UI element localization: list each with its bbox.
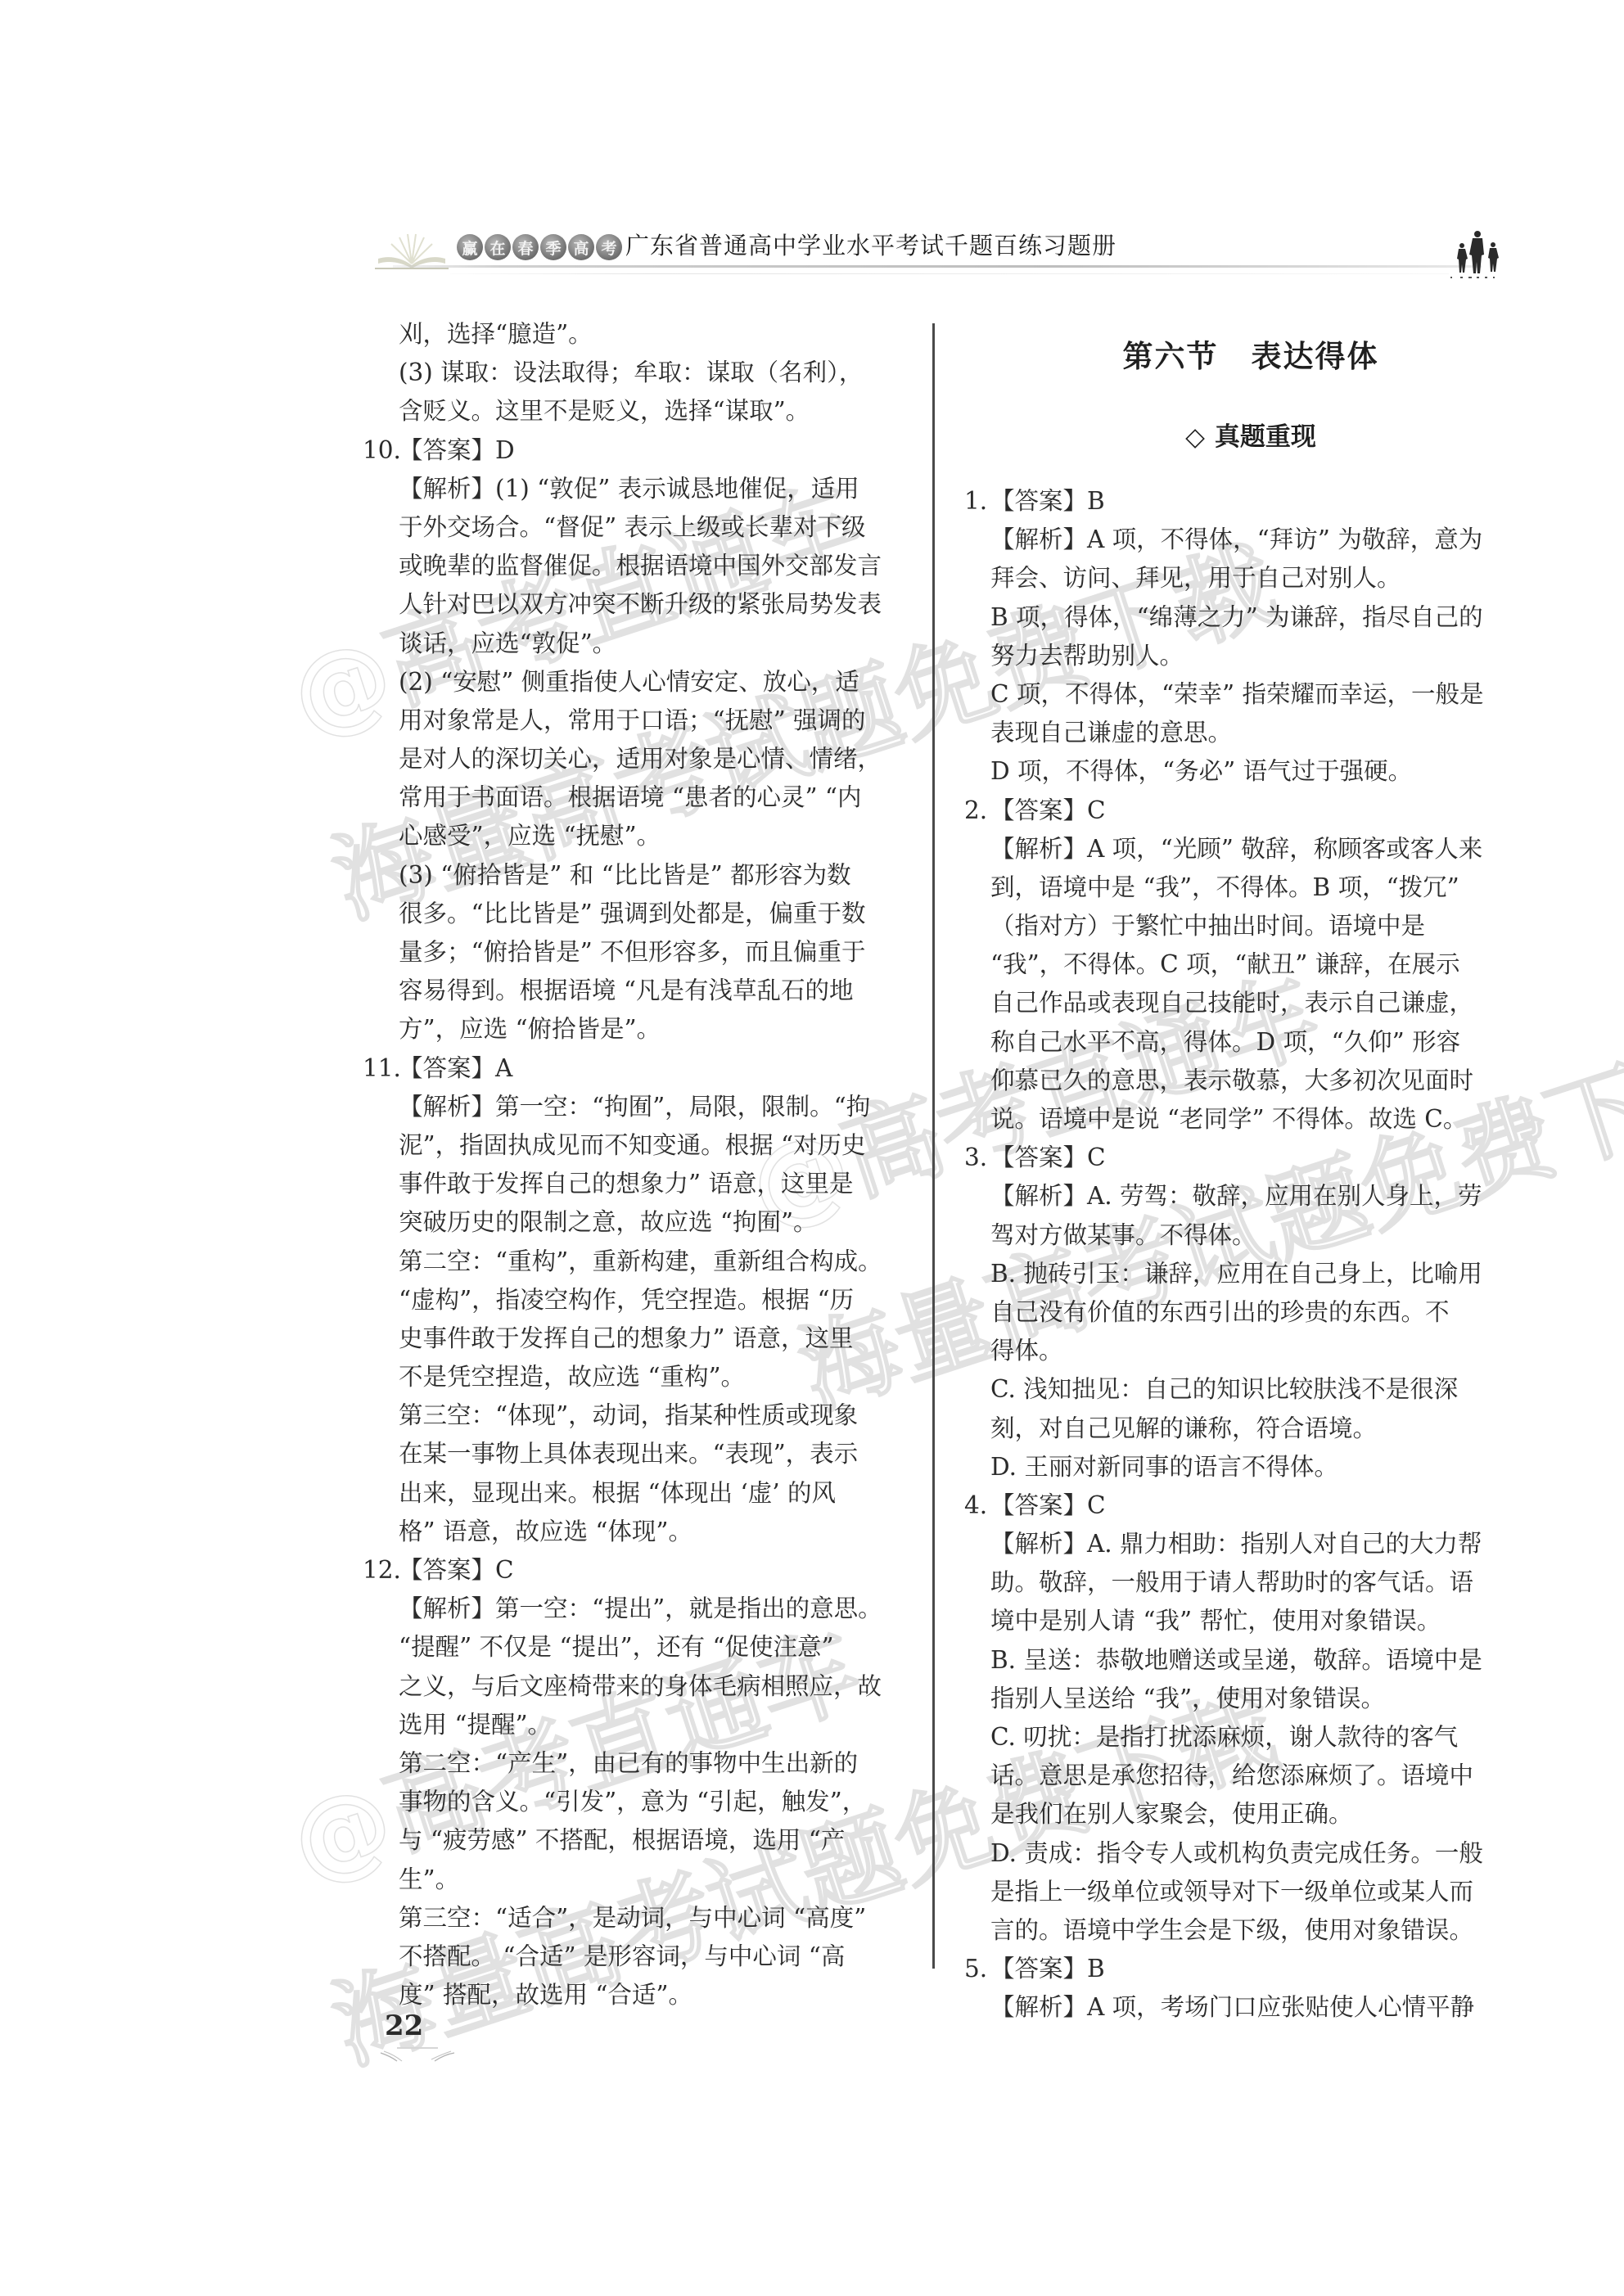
text-line: 是我们在别人家聚会，使用正确。 bbox=[964, 1795, 1537, 1834]
line-text: 是我们在别人家聚会，使用正确。 bbox=[990, 1800, 1353, 1828]
series-logo: 赢 在 春 季 高 考 bbox=[360, 221, 630, 278]
question-number: 4. bbox=[964, 1486, 990, 1525]
text-line: 【解析】A 项，不得体，“拜访” 为敬辞，意为 bbox=[964, 521, 1537, 559]
subsection-title: ◇真题重现 bbox=[964, 417, 1537, 458]
line-text: C. 叨扰：是指打扰添麻烦，谢人款待的客气 bbox=[990, 1723, 1458, 1751]
text-line: 事件敢于发挥自己的想象力” 语意，这里是 bbox=[372, 1165, 945, 1203]
text-line: 境中是别人请 “我” 帮忙，使用对象错误。 bbox=[964, 1602, 1537, 1640]
line-text: 指别人呈送给 “我”，使用对象错误。 bbox=[990, 1685, 1385, 1712]
text-line: 刻，对自己见解的谦称，符合语境。 bbox=[964, 1410, 1537, 1448]
text-line: C 项，不得体，“荣幸” 指荣耀而幸运，一般是 bbox=[964, 675, 1537, 714]
text-line: D 项，不得体，“务必” 语气过于强硬。 bbox=[964, 752, 1537, 791]
line-text: “虚构”，指凌空构作，凭空捏造。根据 “历 bbox=[399, 1286, 854, 1314]
text-line: 表现自己谦虚的意思。 bbox=[964, 714, 1537, 752]
text-line: 到，语境中是 “我”，不得体。B 项，“拨冗” bbox=[964, 868, 1537, 907]
footer-ornament-icon bbox=[372, 2045, 462, 2064]
logo-char: 在 bbox=[485, 234, 511, 260]
logo-char: 季 bbox=[540, 234, 566, 260]
text-line: 突破历史的限制之意，故应选 “拘囿”。 bbox=[372, 1203, 945, 1242]
line-text: 到，语境中是 “我”，不得体。B 项，“拨冗” bbox=[990, 873, 1459, 901]
text-line: 第三空：“体现”，动词，指某种性质或现象 bbox=[372, 1396, 945, 1435]
diamond-icon: ◇ bbox=[1185, 422, 1205, 452]
line-text: 人针对巴以双方冲突不断升级的紧张局势发表 bbox=[399, 590, 882, 618]
text-line: 含贬义。这里不是贬义，选择“谋取”。 bbox=[372, 392, 945, 431]
line-text: B. 抛砖引玉：谦辞，应用在自己身上，比喻用 bbox=[990, 1260, 1482, 1288]
answer-list: 1.【答案】B【解析】A 项，不得体，“拜访” 为敬辞，意为拜会、访问、拜见，用… bbox=[964, 482, 1537, 2028]
line-text: 泥”，指固执成见而不知变通。根据 “对历史 bbox=[399, 1131, 866, 1159]
text-line: 生”。 bbox=[372, 1861, 945, 1899]
line-text: 史事件敢于发挥自己的想象力” 语意，这里 bbox=[399, 1324, 853, 1352]
line-text: (2) “安慰” 侧重指使人心情安定、放心，适 bbox=[399, 668, 859, 696]
line-text: 【解析】A. 劳驾：敬辞，应用在别人身上，劳 bbox=[990, 1182, 1482, 1210]
line-text: 是对人的深切关心，适用对象是心情、情绪， bbox=[399, 745, 882, 773]
text-line: 【解析】A. 鼎力相助：指别人对自己的大力帮 bbox=[964, 1525, 1537, 1563]
question-number: 5. bbox=[964, 1950, 990, 1988]
text-line: 量多；“俯拾皆是” 不但形容多，而且偏重于 bbox=[372, 933, 945, 972]
text-line: 助。敬辞，一般用于请人帮助时的客气话。语 bbox=[964, 1563, 1537, 1602]
left-column: 刈，选择“臆造”。(3) 谋取：设法取得；牟取：谋取（名利），含贬义。这里不是贬… bbox=[372, 315, 945, 2014]
text-line: 拜会、访问、拜见，用于自己对别人。 bbox=[964, 559, 1537, 598]
text-line: 得体。 bbox=[964, 1332, 1537, 1370]
section-number: 第六节 bbox=[1123, 339, 1219, 374]
text-line: C. 浅知拙见：自己的知识比较肤浅不是很深 bbox=[964, 1370, 1537, 1409]
line-text: 或晚辈的监督催促。根据语境中国外交部发言 bbox=[399, 552, 882, 580]
line-text: 事件敢于发挥自己的想象力” 语意，这里是 bbox=[399, 1170, 853, 1198]
text-line: 自己没有价值的东西引出的珍贵的东西。不 bbox=[964, 1293, 1537, 1332]
section-name: 表达得体 bbox=[1252, 339, 1379, 374]
text-line: 人针对巴以双方冲突不断升级的紧张局势发表 bbox=[372, 585, 945, 624]
text-line: 与 “疲劳感” 不搭配，根据语境，选用 “产 bbox=[372, 1821, 945, 1860]
line-text: 不是凭空捏造，故应选 “重构”。 bbox=[399, 1363, 745, 1391]
text-line: 选用 “提醒”。 bbox=[372, 1706, 945, 1744]
text-line: “提醒” 不仅是 “提出”，还有 “促使注意” bbox=[372, 1628, 945, 1667]
page-header: 赢 在 春 季 高 考 广东省普通高中学业水平考试千题百练习题册 bbox=[360, 214, 1539, 288]
line-text: 境中是别人请 “我” 帮忙，使用对象错误。 bbox=[990, 1607, 1441, 1635]
line-text: “提醒” 不仅是 “提出”，还有 “促使注意” bbox=[399, 1633, 834, 1661]
line-text: C 项，不得体，“荣幸” 指荣耀而幸运，一般是 bbox=[990, 680, 1484, 708]
line-text: 用对象常是人，常用于口语；“抚慰” 强调的 bbox=[399, 706, 866, 734]
answer-label: 【答案】C bbox=[990, 796, 1106, 824]
text-line: 【解析】A. 劳驾：敬辞，应用在别人身上，劳 bbox=[964, 1177, 1537, 1216]
line-text: 表现自己谦虚的意思。 bbox=[990, 719, 1232, 747]
line-text: 刈，选择“臆造”。 bbox=[399, 320, 593, 348]
line-text: 第二空：“重构”，重新构建，重新组合构成。 bbox=[399, 1247, 882, 1275]
question-number: 3. bbox=[964, 1139, 990, 1177]
line-text: (3) 谋取：设法取得；牟取：谋取（名利）， bbox=[399, 359, 863, 386]
line-text: 称自己水平不高，得体。D 项，“久仰” 形容 bbox=[990, 1028, 1460, 1056]
line-text: B. 呈送：恭敬地赠送或呈递，敬辞。语境中是 bbox=[990, 1646, 1482, 1674]
text-line: 话。意思是承您招待，给您添麻烦了。语境中 bbox=[964, 1757, 1537, 1795]
line-text: 心感受”，应选 “抚慰”。 bbox=[399, 822, 661, 850]
line-text: 格” 语意，故应选 “体现”。 bbox=[399, 1518, 692, 1545]
text-line: 容易得到。根据语境 “凡是有浅草乱石的地 bbox=[372, 972, 945, 1010]
text-line: 自己作品或表现自己技能时，表示自己谦虚， bbox=[964, 984, 1537, 1022]
line-text: D. 王丽对新同事的语言不得体。 bbox=[990, 1453, 1338, 1481]
text-line: 泥”，指固执成见而不知变通。根据 “对历史 bbox=[372, 1126, 945, 1165]
line-text: “我”，不得体。C 项，“献丑” 谦辞，在展示 bbox=[990, 950, 1460, 978]
text-line: 在某一事物上具体表现出来。“表现”，表示 bbox=[372, 1435, 945, 1473]
text-line: 事物的含义。“引发”，意为 “引起，触发”， bbox=[372, 1783, 945, 1821]
answer-label: 【答案】C bbox=[990, 1143, 1106, 1171]
text-line: B. 呈送：恭敬地赠送或呈递，敬辞。语境中是 bbox=[964, 1641, 1537, 1680]
answer-heading: 5.【答案】B bbox=[964, 1950, 1537, 1988]
text-line: 指别人呈送给 “我”，使用对象错误。 bbox=[964, 1680, 1537, 1718]
line-text: 之义，与后文座椅带来的身体毛病相照应，故 bbox=[399, 1672, 882, 1700]
text-line: B. 抛砖引玉：谦辞，应用在自己身上，比喻用 bbox=[964, 1255, 1537, 1293]
line-text: 于外交场合。“督促” 表示上级或长辈对下级 bbox=[399, 513, 866, 541]
answer-heading: 4.【答案】C bbox=[964, 1486, 1537, 1525]
text-line: 【解析】第一空：“拘囿”，局限，限制。“拘 bbox=[372, 1088, 945, 1126]
text-line: 常用于书面语。根据语境 “患者的心灵” “内 bbox=[372, 778, 945, 817]
line-text: 事物的含义。“引发”，意为 “引起，触发”， bbox=[399, 1788, 866, 1816]
line-text: 努力去帮助别人。 bbox=[990, 642, 1184, 670]
line-text: 【解析】A 项，不得体，“拜访” 为敬辞，意为 bbox=[990, 526, 1482, 553]
answer-heading: 12.【答案】C bbox=[372, 1551, 945, 1590]
section-title: 第六节表达得体 bbox=[964, 332, 1537, 382]
text-line: 很多。“比比皆是” 强调到处都是，偏重于数 bbox=[372, 895, 945, 933]
line-text: 突破历史的限制之意，故应选 “拘囿”。 bbox=[399, 1208, 818, 1236]
line-text: (3) “俯拾皆是” 和 “比比皆是” 都形容为数 bbox=[399, 861, 851, 889]
text-line: 第三空：“适合”，是动词，与中心词 “高度” bbox=[372, 1899, 945, 1937]
text-line: 【解析】(1) “敦促” 表示诚恳地催促，适用 bbox=[372, 470, 945, 508]
text-line: 刈，选择“臆造”。 bbox=[372, 315, 945, 354]
text-line: 或晚辈的监督催促。根据语境中国外交部发言 bbox=[372, 547, 945, 585]
text-line: (2) “安慰” 侧重指使人心情安定、放心，适 bbox=[372, 663, 945, 701]
logo-char: 考 bbox=[596, 234, 622, 260]
answer-label: 【答案】B bbox=[990, 1955, 1105, 1982]
text-line: “我”，不得体。C 项，“献丑” 谦辞，在展示 bbox=[964, 945, 1537, 984]
line-text: 助。敬辞，一般用于请人帮助时的客气话。语 bbox=[990, 1568, 1473, 1596]
line-text: 驾对方做某事。不得体。 bbox=[990, 1221, 1256, 1249]
question-number: 11. bbox=[363, 1049, 399, 1088]
text-line: 是指上一级单位或领导对下一级单位或某人而 bbox=[964, 1873, 1537, 1911]
line-text: 选用 “提醒”。 bbox=[399, 1711, 552, 1739]
line-text: 是指上一级单位或领导对下一级单位或某人而 bbox=[990, 1878, 1473, 1906]
answer-label: 【答案】D bbox=[399, 436, 515, 464]
logo-char: 赢 bbox=[457, 234, 483, 260]
text-line: 方”，应选 “俯拾皆是”。 bbox=[372, 1010, 945, 1049]
answer-heading: 2.【答案】C bbox=[964, 792, 1537, 830]
line-text: 言的。语境中学生会是下级，使用对象错误。 bbox=[990, 1916, 1473, 1944]
text-line: 格” 语意，故应选 “体现”。 bbox=[372, 1513, 945, 1551]
page-number: 22 bbox=[385, 2010, 423, 2042]
book-title: 广东省普通高中学业水平考试千题百练习题册 bbox=[625, 228, 1116, 261]
line-text: 很多。“比比皆是” 强调到处都是，偏重于数 bbox=[399, 900, 866, 927]
header-rule bbox=[393, 265, 1482, 268]
answer-heading: 11.【答案】A bbox=[372, 1049, 945, 1088]
answer-label: 【答案】C bbox=[990, 1491, 1106, 1519]
line-text: 第三空：“体现”，动词，指某种性质或现象 bbox=[399, 1401, 858, 1429]
logo-char: 高 bbox=[568, 234, 594, 260]
question-number: 2. bbox=[964, 792, 990, 830]
line-text: 第二空：“产生”，由已有的事物中生出新的 bbox=[399, 1749, 858, 1777]
text-line: 出来，显现出来。根据 “体现出 ‘虚’ 的风 bbox=[372, 1474, 945, 1513]
runners-icon bbox=[1449, 229, 1506, 282]
line-text: 生”。 bbox=[399, 1865, 459, 1893]
text-line: 说。语境中是说 “老同学” 不得体。故选 C。 bbox=[964, 1100, 1537, 1139]
line-text: 【解析】A 项，“光顾” 敬辞，称顾客或客人来 bbox=[990, 835, 1482, 863]
text-line: B 项，得体，“绵薄之力” 为谦辞，指尽自己的 bbox=[964, 598, 1537, 637]
line-text: 【解析】第一空：“拘囿”，局限，限制。“拘 bbox=[399, 1093, 870, 1121]
text-line: 【解析】第一空：“提出”，就是指出的意思。 bbox=[372, 1590, 945, 1628]
line-text: 常用于书面语。根据语境 “患者的心灵” “内 bbox=[399, 783, 862, 811]
text-line: 谈话，应选“敦促”。 bbox=[372, 625, 945, 663]
text-line: 【解析】A 项，“光顾” 敬辞，称顾客或客人来 bbox=[964, 830, 1537, 868]
text-line: “虚构”，指凌空构作，凭空捏造。根据 “历 bbox=[372, 1281, 945, 1319]
answer-heading: 3.【答案】C bbox=[964, 1139, 1537, 1177]
line-text: 【解析】第一空：“提出”，就是指出的意思。 bbox=[399, 1595, 882, 1622]
subsection-label: 真题重现 bbox=[1215, 422, 1316, 452]
line-text: 与 “疲劳感” 不搭配，根据语境，选用 “产 bbox=[399, 1826, 845, 1854]
logo-text: 赢 在 春 季 高 考 bbox=[457, 234, 622, 260]
text-line: D. 王丽对新同事的语言不得体。 bbox=[964, 1448, 1537, 1486]
line-text: 得体。 bbox=[990, 1337, 1063, 1365]
line-text: 刻，对自己见解的谦称，符合语境。 bbox=[990, 1414, 1377, 1442]
line-text: 方”，应选 “俯拾皆是”。 bbox=[399, 1015, 661, 1043]
text-line: 驾对方做某事。不得体。 bbox=[964, 1216, 1537, 1255]
text-line: 努力去帮助别人。 bbox=[964, 637, 1537, 675]
text-line: (3) “俯拾皆是” 和 “比比皆是” 都形容为数 bbox=[372, 856, 945, 895]
line-text: 不搭配。 “合适” 是形容词，与中心词 “高 bbox=[399, 1942, 845, 1970]
answer-label: 【答案】A bbox=[399, 1054, 512, 1082]
text-line: 不搭配。 “合适” 是形容词，与中心词 “高 bbox=[372, 1937, 945, 1976]
text-line: 于外交场合。“督促” 表示上级或长辈对下级 bbox=[372, 508, 945, 547]
line-text: 在某一事物上具体表现出来。“表现”，表示 bbox=[399, 1440, 858, 1468]
text-line: D. 责成：指令专人或机构负责完成任务。一般 bbox=[964, 1834, 1537, 1873]
line-text: 含贬义。这里不是贬义，选择“谋取”。 bbox=[399, 397, 810, 425]
question-number: 1. bbox=[964, 482, 990, 521]
text-line: 不是凭空捏造，故应选 “重构”。 bbox=[372, 1358, 945, 1396]
line-text: 【解析】A. 鼎力相助：指别人对自己的大力帮 bbox=[990, 1530, 1482, 1558]
text-line: 第二空：“产生”，由已有的事物中生出新的 bbox=[372, 1744, 945, 1783]
text-line: （指对方）于繁忙中抽出时间。语境中是 bbox=[964, 907, 1537, 945]
header-rule-secondary bbox=[450, 273, 1449, 274]
line-text: 谈话，应选“敦促”。 bbox=[399, 629, 616, 657]
text-line: 【解析】A 项，考场门口应张贴使人心情平静 bbox=[964, 1988, 1537, 2027]
answer-heading: 10.【答案】D bbox=[372, 431, 945, 470]
question-number: 12. bbox=[363, 1551, 399, 1590]
text-line: 言的。语境中学生会是下级，使用对象错误。 bbox=[964, 1911, 1537, 1950]
line-text: 量多；“俯拾皆是” 不但形容多，而且偏重于 bbox=[399, 938, 866, 966]
line-text: D. 责成：指令专人或机构负责完成任务。一般 bbox=[990, 1839, 1483, 1867]
logo-char: 春 bbox=[512, 234, 539, 260]
line-text: B 项，得体，“绵薄之力” 为谦辞，指尽自己的 bbox=[990, 603, 1483, 631]
right-column: 第六节表达得体 ◇真题重现 1.【答案】B【解析】A 项，不得体，“拜访” 为敬… bbox=[964, 315, 1537, 2028]
text-line: 史事件敢于发挥自己的想象力” 语意，这里 bbox=[372, 1319, 945, 1358]
line-text: 【解析】(1) “敦促” 表示诚恳地催促，适用 bbox=[399, 475, 859, 503]
line-text: 自己作品或表现自己技能时，表示自己谦虚， bbox=[990, 989, 1473, 1017]
text-line: 是对人的深切关心，适用对象是心情、情绪， bbox=[372, 740, 945, 778]
line-text: 话。意思是承您招待，给您添麻烦了。语境中 bbox=[990, 1761, 1473, 1789]
answer-heading: 1.【答案】B bbox=[964, 482, 1537, 521]
text-line: (3) 谋取：设法取得；牟取：谋取（名利）， bbox=[372, 354, 945, 392]
line-text: 拜会、访问、拜见，用于自己对别人。 bbox=[990, 564, 1401, 592]
line-text: D 项，不得体，“务必” 语气过于强硬。 bbox=[990, 757, 1412, 785]
text-line: 称自己水平不高，得体。D 项，“久仰” 形容 bbox=[964, 1023, 1537, 1062]
answer-label: 【答案】C bbox=[399, 1556, 514, 1584]
line-text: 度” 搭配，故选用 “合适”。 bbox=[399, 1981, 692, 2009]
text-line: 之义，与后文座椅带来的身体毛病相照应，故 bbox=[372, 1667, 945, 1706]
text-line: 度” 搭配，故选用 “合适”。 bbox=[372, 1976, 945, 2014]
line-text: 容易得到。根据语境 “凡是有浅草乱石的地 bbox=[399, 977, 853, 1004]
line-text: 第三空：“适合”，是动词，与中心词 “高度” bbox=[399, 1904, 866, 1932]
text-line: 第二空：“重构”，重新构建，重新组合构成。 bbox=[372, 1243, 945, 1281]
text-line: 仰慕已久的意思，表示敬慕，大多初次见面时 bbox=[964, 1062, 1537, 1100]
question-number: 10. bbox=[363, 431, 399, 470]
line-text: C. 浅知拙见：自己的知识比较肤浅不是很深 bbox=[990, 1375, 1458, 1403]
line-text: （指对方）于繁忙中抽出时间。语境中是 bbox=[990, 912, 1425, 940]
line-text: 仰慕已久的意思，表示敬慕，大多初次见面时 bbox=[990, 1067, 1473, 1094]
answer-label: 【答案】B bbox=[990, 487, 1105, 515]
line-text: 【解析】A 项，考场门口应张贴使人心情平静 bbox=[990, 1993, 1474, 2021]
text-line: 心感受”，应选 “抚慰”。 bbox=[372, 817, 945, 855]
line-text: 自己没有价值的东西引出的珍贵的东西。不 bbox=[990, 1298, 1450, 1326]
line-text: 说。语境中是说 “老同学” 不得体。故选 C。 bbox=[990, 1105, 1467, 1133]
text-line: 用对象常是人，常用于口语；“抚慰” 强调的 bbox=[372, 701, 945, 740]
line-text: 出来，显现出来。根据 “体现出 ‘虚’ 的风 bbox=[399, 1479, 836, 1507]
text-line: C. 叨扰：是指打扰添麻烦，谢人款待的客气 bbox=[964, 1718, 1537, 1757]
